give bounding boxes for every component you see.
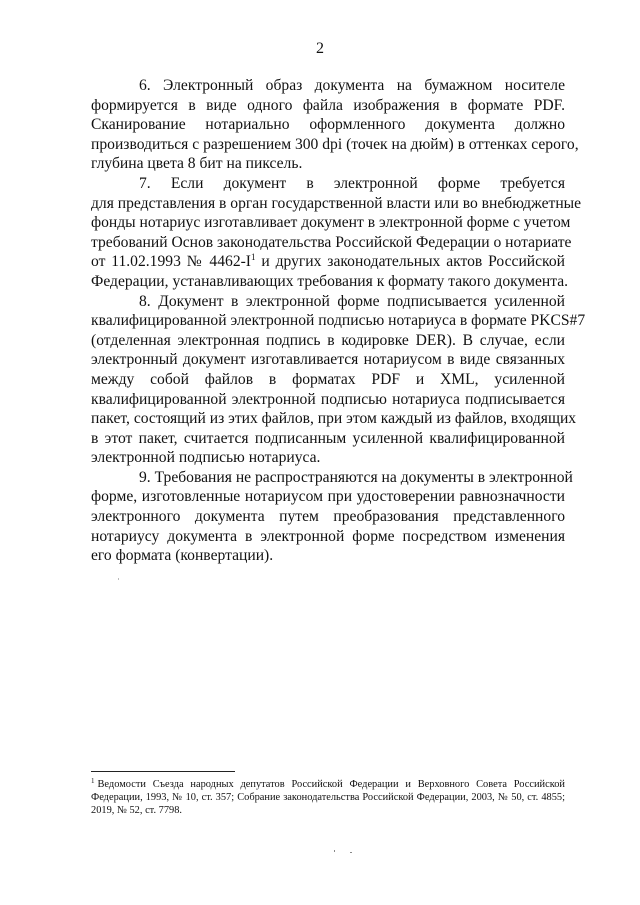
- text-line: Сканирование нотариально оформленного до…: [91, 115, 565, 135]
- paragraph-8: 8. Документ в электронной форме подписыв…: [91, 292, 565, 468]
- scan-speck: [118, 578, 119, 580]
- paragraph-6: 6. Электронный образ документа на бумажн…: [91, 76, 565, 174]
- footnote-separator: [91, 771, 235, 772]
- text-line: Федерации, устанавливающих требования к …: [91, 272, 565, 292]
- text-fragment: от 11.02.1993 № 4462-I: [91, 253, 251, 270]
- text-line: пакет, состоящий из этих файлов, при это…: [91, 409, 565, 429]
- text-line: 7. Если документ в электронной форме тре…: [91, 174, 565, 194]
- text-line: 6. Электронный образ документа на бумажн…: [91, 76, 565, 96]
- text-line: в этот пакет, считается подписанным усил…: [91, 429, 565, 449]
- scan-speck: [350, 852, 352, 853]
- paragraph-7: 7. Если документ в электронной форме тре…: [91, 174, 565, 292]
- footnote-line: 1Ведомости Съезда народных депутатов Рос…: [91, 778, 565, 791]
- text-line: 8. Документ в электронной форме подписыв…: [91, 292, 565, 312]
- text-line: 9. Требования не распространяются на док…: [91, 468, 565, 488]
- paragraph-9: 9. Требования не распространяются на док…: [91, 468, 565, 566]
- text-line: электронной подписью нотариуса.: [91, 448, 565, 468]
- text-fragment: и других законодательных актов Российско…: [256, 253, 565, 270]
- text-line: фонды нотариус изготавливает документ в …: [91, 213, 565, 233]
- text-line: электронного документа путем преобразова…: [91, 507, 565, 527]
- footnote-line: 2019, № 52, ст. 7798.: [91, 804, 565, 817]
- scan-speck: [334, 850, 335, 852]
- text-line: глубина цвета 8 бит на пиксель.: [91, 154, 565, 174]
- footnote-text: Ведомости Съезда народных депутатов Росс…: [98, 779, 566, 790]
- footnote-marker: 1: [91, 777, 95, 785]
- text-line: (отделенная электронная подпись в кодиро…: [91, 331, 565, 351]
- text-line: квалифицированной электронной подписью н…: [91, 311, 565, 331]
- text-line-with-footnote-ref: от 11.02.1993 № 4462-I1 и других законод…: [91, 252, 565, 272]
- document-body: 6. Электронный образ документа на бумажн…: [91, 76, 565, 566]
- page-number: 2: [0, 40, 640, 58]
- text-line: формируется в виде одного файла изображе…: [91, 96, 565, 116]
- text-line: его формата (конвертации).: [91, 546, 565, 566]
- footnote-line: Федерации, 1993, № 10, ст. 357; Собрание…: [91, 791, 565, 804]
- text-line: квалифицированной электронной подписью н…: [91, 390, 565, 410]
- text-line: электронный документ изготавливается нот…: [91, 350, 565, 370]
- text-line: нотариусу документа в электронной форме …: [91, 527, 565, 547]
- text-line: между собой файлов в форматах PDF и XML,…: [91, 370, 565, 390]
- text-line: для представления в орган государственно…: [91, 194, 565, 214]
- footnote: 1Ведомости Съезда народных депутатов Рос…: [91, 778, 565, 817]
- text-line: требований Основ законодательства Россий…: [91, 233, 565, 253]
- text-line: производиться с разрешением 300 dpi (точ…: [91, 135, 565, 155]
- text-line: форме, изготовленные нотариусом при удос…: [91, 487, 565, 507]
